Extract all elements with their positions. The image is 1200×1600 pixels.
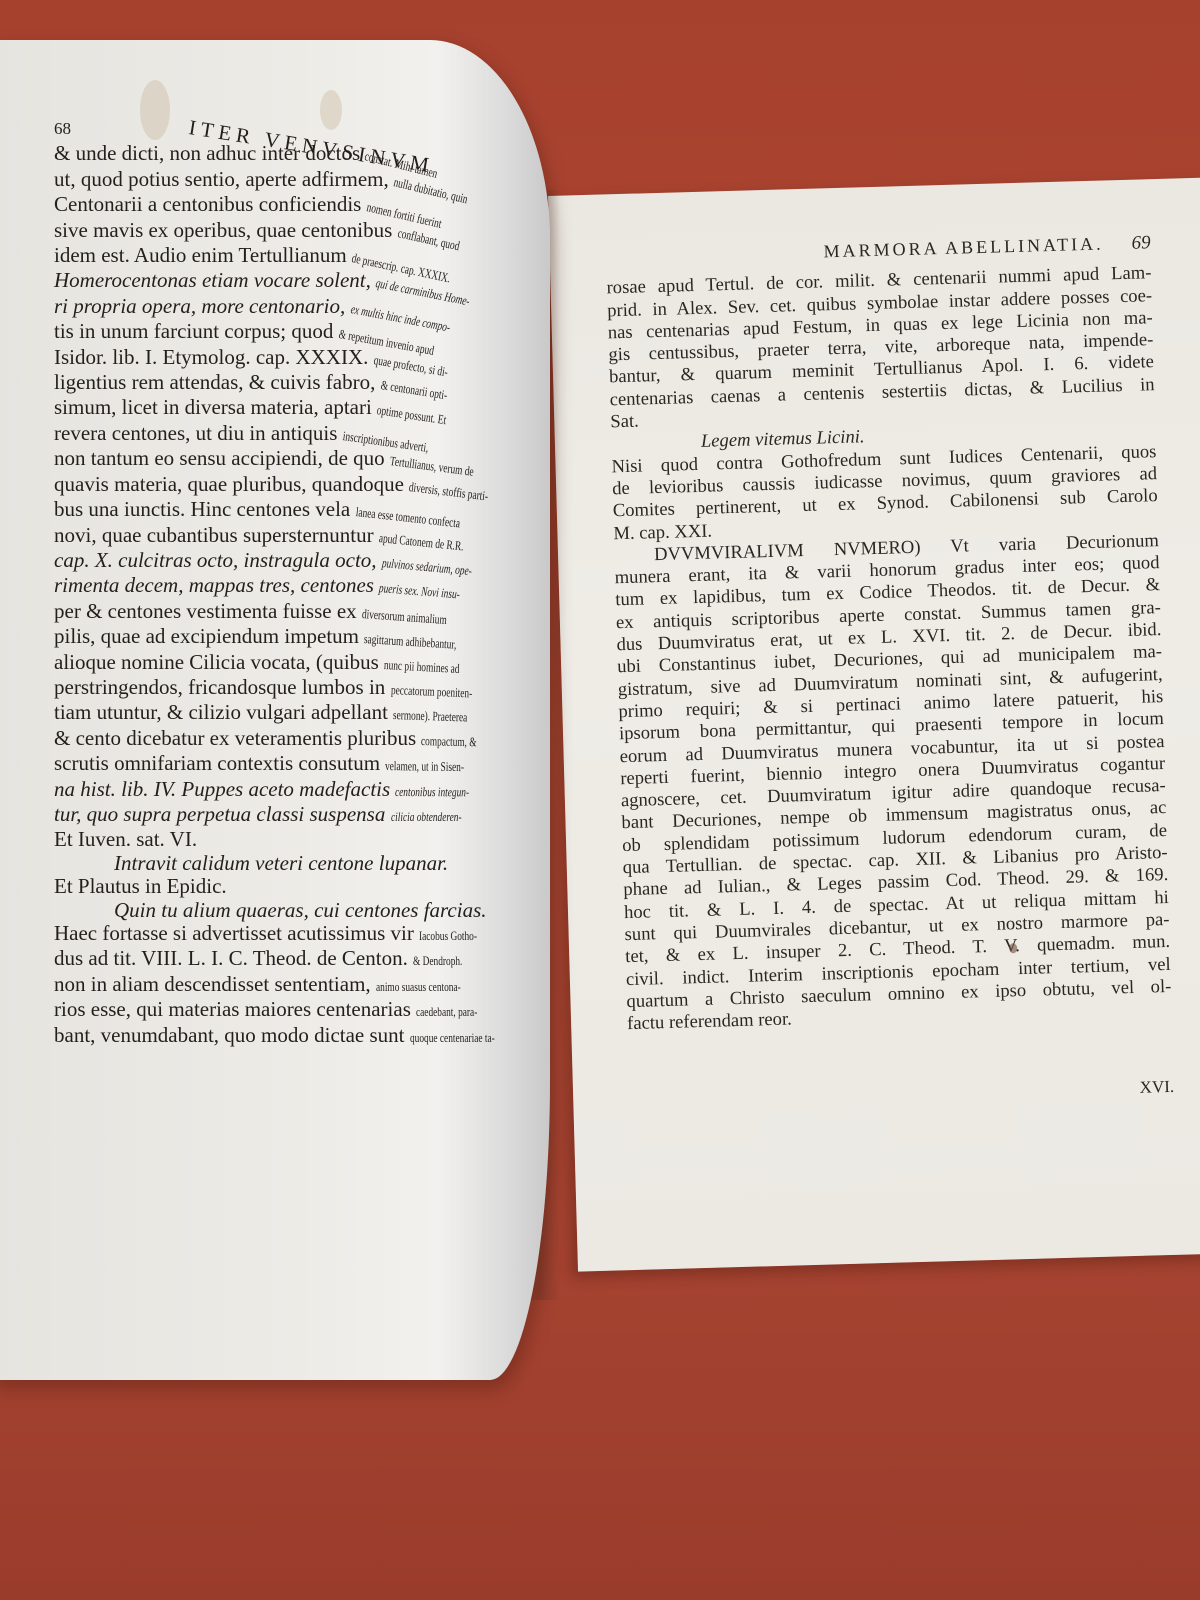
line-text-compressed: cilicia obtenderen- [391, 805, 462, 828]
line-text: Intravit calidum veteri centone lupanar. [114, 851, 448, 875]
text-line: Isidor. lib. I. Etymolog. cap. XXXIX. qu… [54, 346, 524, 371]
line-text: bant, venumdabant, quo modo dictae sunt [54, 1023, 410, 1047]
verse-quote: Intravit calidum veteri centone lupanar. [54, 852, 524, 875]
text-line: Haec fortasse si advertisset acutissimus… [54, 922, 524, 947]
text-line: pilis, quae ad excipiendum impetum sagit… [54, 625, 524, 650]
right-page: MARMORA ABELLINATIA. 69 rosae apud Tertu… [548, 177, 1200, 1272]
page-number: 68 [54, 117, 71, 140]
line-text: per & centones vestimenta fuisse ex [54, 599, 362, 623]
line-text: perstringendos, fricandosque lumbos in [54, 675, 391, 699]
left-page-body: & unde dicti, non adhuc inter doctos con… [54, 142, 524, 1049]
text-line: & cento dicebatur ex veteramentis plurib… [54, 727, 524, 752]
line-text: Isidor. lib. I. Etymolog. cap. XXXIX. [54, 345, 374, 369]
line-text: ligentius rem attendas, & cuivis fabro, [54, 370, 381, 394]
line-text: pilis, quae ad excipiendum impetum [54, 624, 364, 648]
line-text: & cento dicebatur ex veteramentis plurib… [54, 726, 421, 750]
right-page-text: MARMORA ABELLINATIA. 69 rosae apud Tertu… [605, 231, 1174, 1114]
running-head-title: MARMORA ABELLINATIA. [823, 233, 1104, 263]
text-line: Et Plautus in Epidic. [54, 875, 524, 898]
line-text: ut, quod potius sentio, aperte adfirmem, [54, 167, 394, 191]
running-head-left: 68 ITER VENVSINVM [54, 116, 524, 140]
text-line: bant, venumdabant, quo modo dictae sunt … [54, 1024, 524, 1049]
line-text-compressed: sermone). Praeterea [393, 703, 468, 729]
line-text: rios esse, qui materias maiores centenar… [54, 997, 416, 1021]
left-page-text: 68 ITER VENVSINVM & unde dicti, non adhu… [54, 116, 524, 1049]
line-text: bus una iunctis. Hinc centones vela [54, 497, 356, 521]
line-text: Et Iuven. sat. VI. [54, 827, 197, 851]
line-text-compressed: nunc pii homines ad [383, 653, 460, 680]
text-line: non tantum eo sensu accipiendi, de quo T… [54, 447, 524, 472]
text-line: ut, quod potius sentio, aperte adfirmem,… [54, 168, 524, 193]
line-text: Haec fortasse si advertisset acutissimus… [54, 921, 419, 945]
line-text: quavis materia, quae pluribus, quandoque [54, 472, 409, 496]
line-text: tis in unum farciunt corpus; quod [54, 319, 339, 343]
line-text: novi, quae cubantibus supersternuntur [54, 523, 379, 547]
line-text-compressed: & Dendroph. [413, 949, 462, 972]
line-text: sive mavis ex operibus, quae centonibus [54, 218, 398, 242]
paragraph-duumviri: munera erant, ita & varii honorum gradus… [614, 552, 1172, 1035]
line-text: rimenta decem, mappas tres, centones [54, 573, 379, 597]
line-text: tiam utuntur, & cilizio vulgari adpellan… [54, 700, 393, 724]
book-photo-scene: MARMORA ABELLINATIA. 69 rosae apud Tertu… [0, 0, 1200, 1600]
text-line: simum, licet in diversa materia, aptari … [54, 396, 524, 421]
line-text: cap. X. culcitras octo, instragula octo, [54, 548, 382, 572]
verse-quote: Quin tu alium quaeras, cui centones farc… [54, 899, 524, 922]
text-line: na hist. lib. IV. Puppes aceto madefacti… [54, 778, 524, 803]
line-text-compressed: Iacobus Gotho- [419, 924, 477, 947]
text-line: sive mavis ex operibus, quae centonibus … [54, 219, 524, 244]
line-text-compressed: compactum, & [421, 729, 477, 754]
paragraph-continuation: rosae apud Tertul. de cor. milit. & cent… [606, 262, 1155, 433]
line-text: Quin tu alium quaeras, cui centones farc… [114, 898, 487, 922]
line-text: na hist. lib. IV. Puppes aceto madefacti… [54, 777, 395, 801]
line-text-compressed: caedebant, para- [416, 1000, 477, 1023]
text-line: Homerocentonas etiam vocare solent, qui … [54, 269, 524, 294]
line-text-compressed: peccatorum poeniten- [390, 678, 472, 705]
line-text: idem est. Audio enim Tertullianum [54, 243, 352, 267]
line-text: non tantum eo sensu accipiendi, de quo [54, 446, 390, 470]
line-text-compressed: centonibus integun- [395, 780, 469, 804]
line-text: non in aliam descendisset sententiam, [54, 972, 376, 996]
line-text: Homerocentonas etiam vocare solent, [54, 268, 376, 292]
line-text: alioque nomine Cilicia vocata, (quibus [54, 650, 384, 674]
text-line: revera centones, ut diu in antiquis insc… [54, 422, 524, 447]
catchword: XVI. [629, 1076, 1174, 1114]
line-text: dus ad tit. VIII. L. I. C. Theod. de Cen… [54, 946, 413, 970]
line-text: Centonarii a centonibus conficiendis [54, 192, 367, 216]
text-line: rios esse, qui materias maiores centenar… [54, 998, 524, 1023]
text-line: ligentius rem attendas, & cuivis fabro, … [54, 371, 524, 396]
line-text: tur, quo supra perpetua classi suspensa [54, 802, 391, 826]
text-line: tur, quo supra perpetua classi suspensa … [54, 803, 524, 828]
line-text-compressed: velamen, ut in Sisen- [385, 754, 464, 779]
text-line: scrutis omnifariam contextis consutum ve… [54, 752, 524, 777]
line-text: Et Plautus in Epidic. [54, 874, 227, 898]
text-line: tiam utuntur, & cilizio vulgari adpellan… [54, 701, 524, 726]
text-line: dus ad tit. VIII. L. I. C. Theod. de Cen… [54, 947, 524, 972]
paragraph-iudices: Nisi quod contra Gothofredum sunt Iudice… [611, 441, 1158, 545]
line-text: scrutis omnifariam contextis consutum [54, 751, 385, 775]
text-line: Et Iuven. sat. VI. [54, 828, 524, 851]
line-text-compressed: quoque centenariae ta- [410, 1026, 495, 1049]
line-text: ri propria opera, more centonario, [54, 294, 351, 318]
line-text-compressed: animo suasus centona- [376, 975, 461, 998]
page-number: 69 [1131, 232, 1151, 255]
text-line: non in aliam descendisset sententiam, an… [54, 973, 524, 998]
text-line: tis in unum farciunt corpus; quod & repe… [54, 320, 524, 345]
line-text: simum, licet in diversa materia, aptari [54, 395, 377, 419]
left-page: 68 ITER VENVSINVM & unde dicti, non adhu… [0, 40, 550, 1380]
line-text: revera centones, ut diu in antiquis [54, 421, 343, 445]
text-line: perstringendos, fricandosque lumbos in p… [54, 676, 524, 701]
